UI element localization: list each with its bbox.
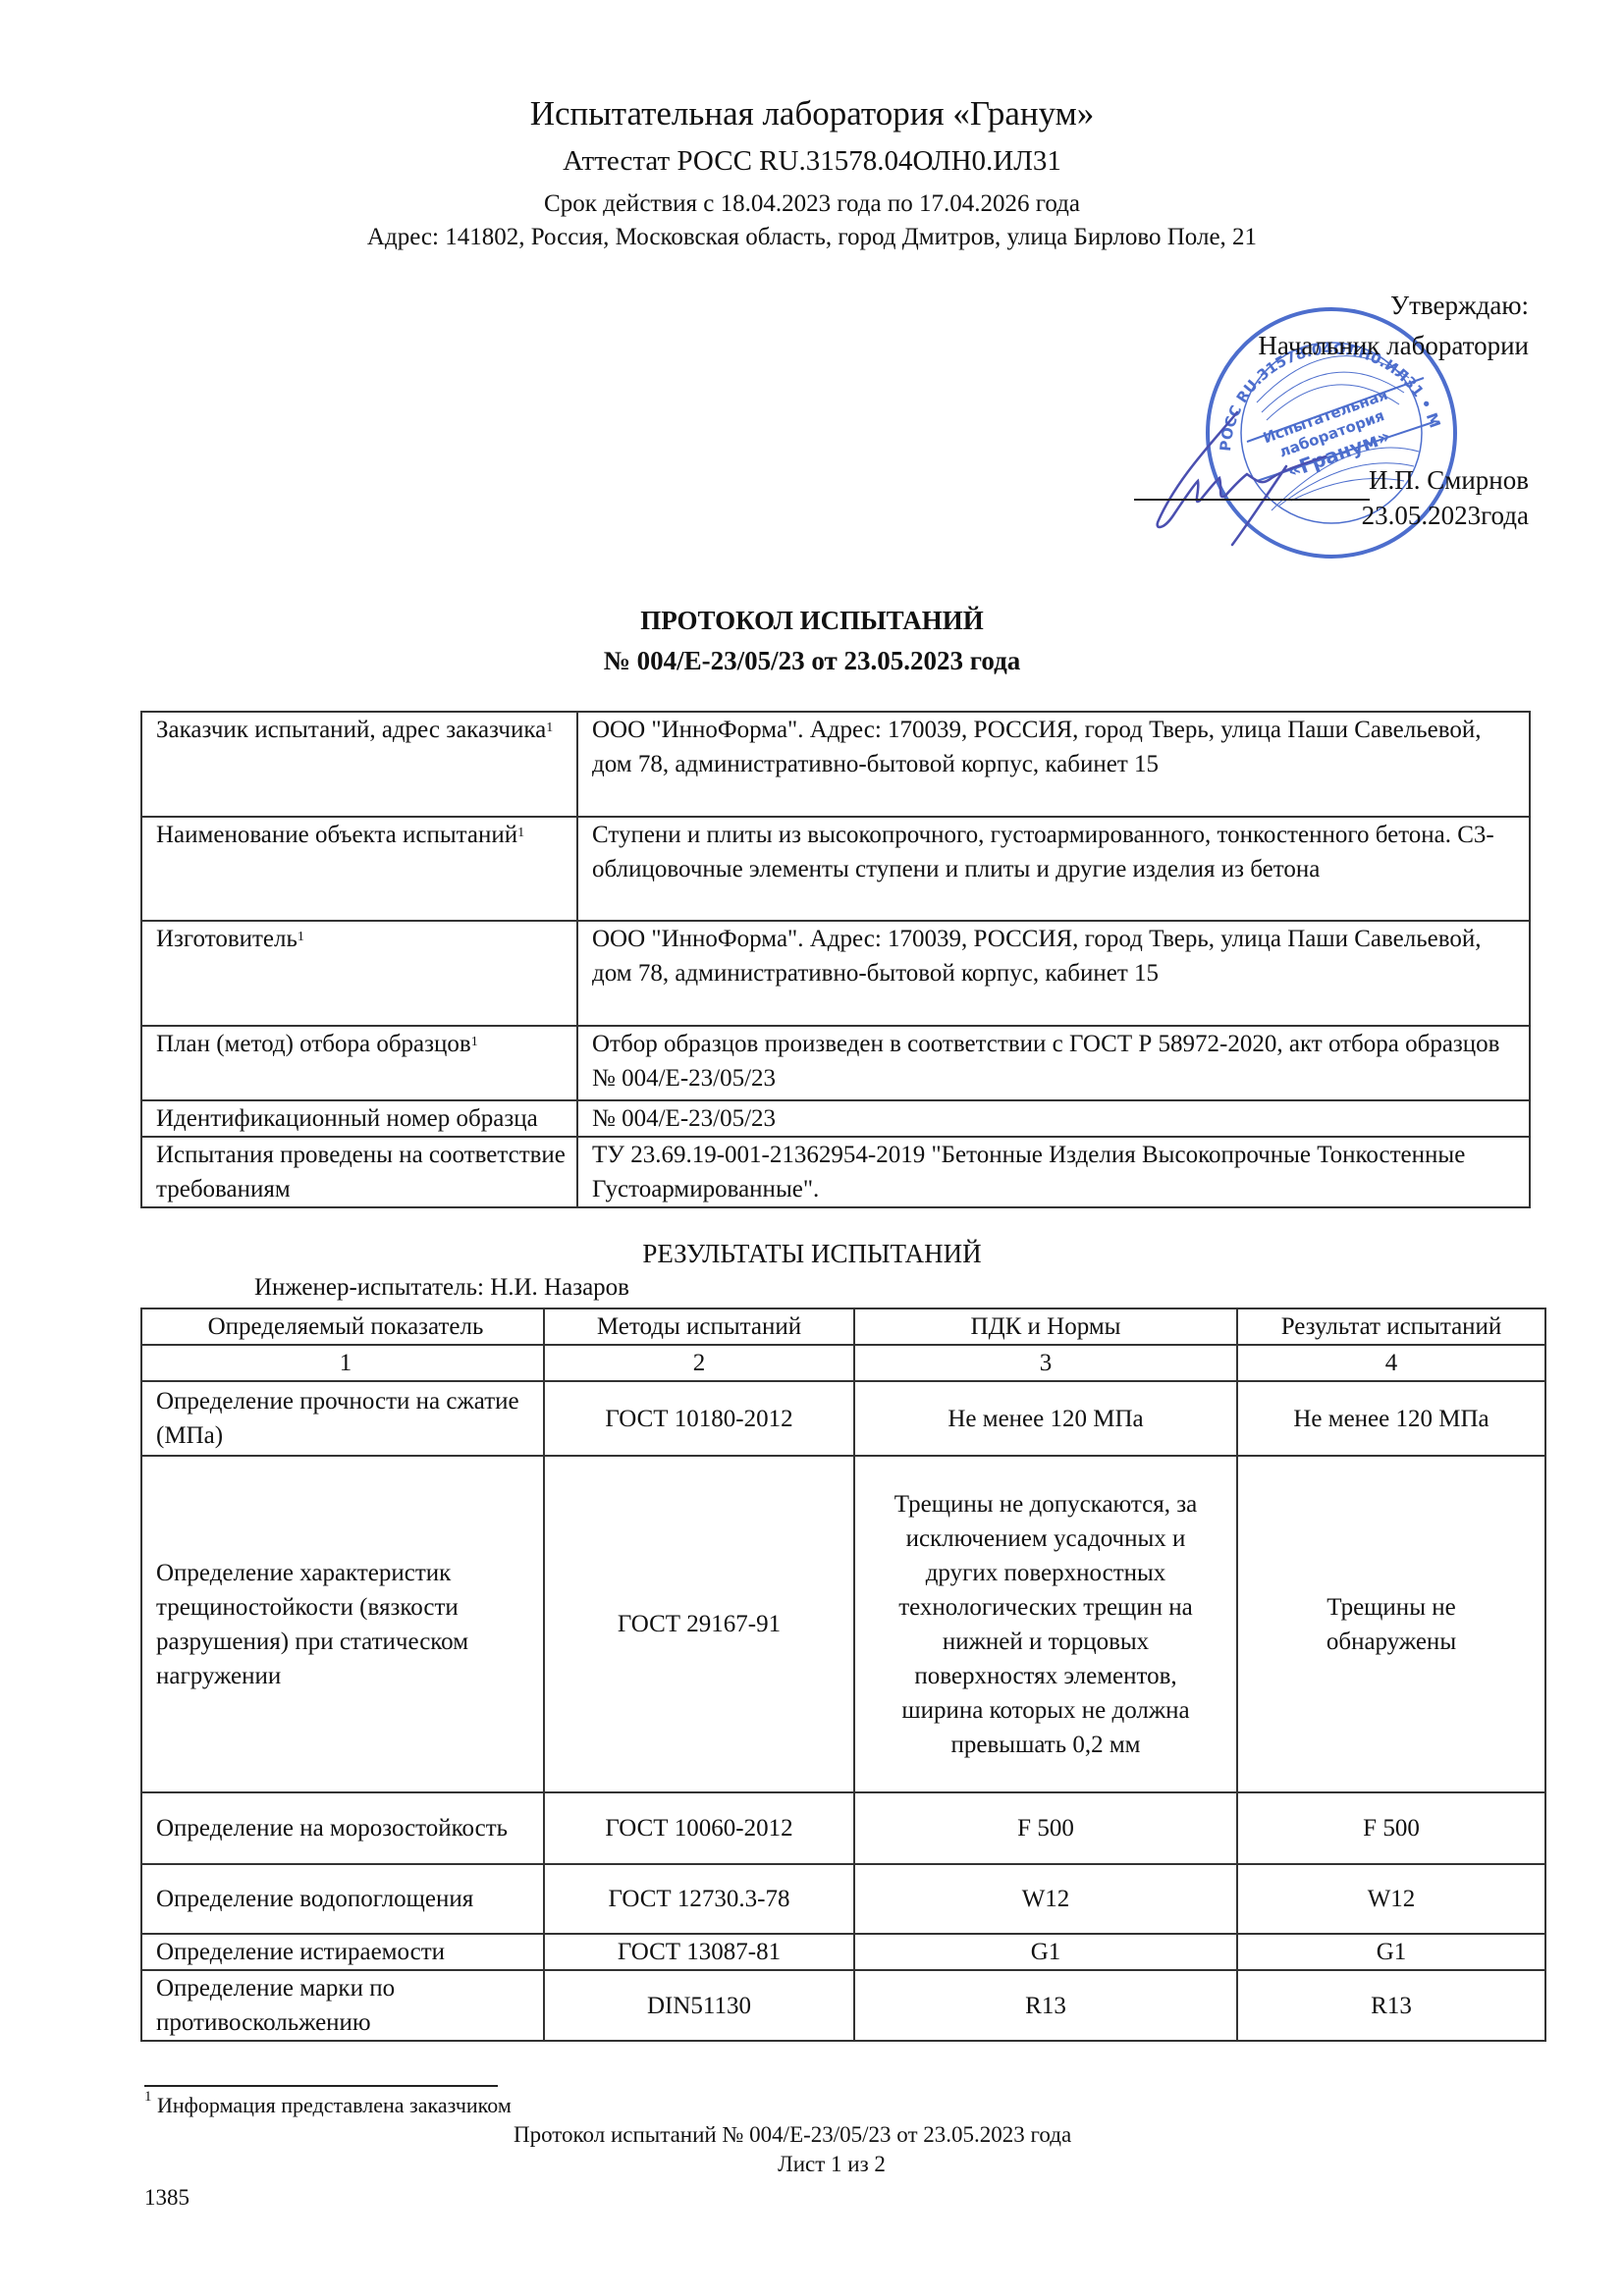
protocol-number: № 004/Е-23/05/23 от 23.05.2023 года bbox=[0, 646, 1624, 676]
column-header: Методы испытаний bbox=[544, 1308, 854, 1345]
method-cell: ГОСТ 13087-81 bbox=[544, 1934, 854, 1970]
footnote: 1 Информация представлена заказчиком bbox=[144, 2093, 512, 2118]
method-cell: ГОСТ 12730.3-78 bbox=[544, 1864, 854, 1934]
signature-icon bbox=[1139, 398, 1335, 555]
result-row: Определение водопоглощения ГОСТ 12730.3-… bbox=[141, 1864, 1545, 1934]
info-value: Отбор образцов произведен в соответствии… bbox=[577, 1026, 1530, 1100]
approval-date: 23.05.2023года bbox=[1362, 501, 1529, 531]
approve-label: Утверждаю: bbox=[1390, 291, 1529, 321]
column-header: Определяемый показатель bbox=[141, 1308, 544, 1345]
norm-cell: Не менее 120 МПа bbox=[854, 1381, 1237, 1456]
column-number: 3 bbox=[854, 1345, 1237, 1381]
info-row: Идентификационный номер образца № 004/Е-… bbox=[141, 1100, 1530, 1137]
info-value: Ступени и плиты из высокопрочного, густо… bbox=[577, 817, 1530, 921]
column-number: 4 bbox=[1237, 1345, 1545, 1381]
info-value: ТУ 23.69.19-001-21362954-2019 "Бетонные … bbox=[577, 1137, 1530, 1207]
signature-line bbox=[1134, 499, 1370, 501]
lab-name: Испытательная лаборатория «Гранум» bbox=[0, 94, 1624, 133]
column-header: ПДК и Нормы bbox=[854, 1308, 1237, 1345]
norm-cell: G1 bbox=[854, 1934, 1237, 1970]
indicator-cell: Определение истираемости bbox=[141, 1934, 544, 1970]
result-cell: Трещины не обнаружены bbox=[1237, 1456, 1545, 1792]
approver-name: И.П. Смирнов bbox=[1369, 465, 1529, 496]
footer-sheet-number: Лист 1 из 2 bbox=[0, 2152, 1624, 2177]
results-table: Определяемый показатель Методы испытаний… bbox=[140, 1308, 1546, 2042]
indicator-cell: Определение характеристик трещиностойкос… bbox=[141, 1456, 544, 1792]
info-label: План (метод) отбора образцов1 bbox=[141, 1026, 577, 1100]
info-row: Наименование объекта испытаний1 Ступени … bbox=[141, 817, 1530, 921]
protocol-info-table: Заказчик испытаний, адрес заказчика1 ООО… bbox=[140, 711, 1531, 1208]
indicator-cell: Определение на морозостойкость bbox=[141, 1792, 544, 1864]
result-cell: W12 bbox=[1237, 1864, 1545, 1934]
indicator-cell: Определение водопоглощения bbox=[141, 1864, 544, 1934]
indicator-cell: Определение прочности на сжатие (МПа) bbox=[141, 1381, 544, 1456]
info-value: ООО "ИнноФорма". Адрес: 170039, РОССИЯ, … bbox=[577, 921, 1530, 1026]
lab-address: Адрес: 141802, Россия, Московская област… bbox=[0, 224, 1624, 251]
norm-cell: Трещины не допускаются, за исключением у… bbox=[854, 1456, 1237, 1792]
info-row: Испытания проведены на соответствие треб… bbox=[141, 1137, 1530, 1207]
method-cell: ГОСТ 10060-2012 bbox=[544, 1792, 854, 1864]
method-cell: ГОСТ 10180-2012 bbox=[544, 1381, 854, 1456]
validity-period: Срок действия с 18.04.2023 года по 17.04… bbox=[0, 190, 1624, 218]
results-header-row: Определяемый показатель Методы испытаний… bbox=[141, 1308, 1545, 1345]
info-label: Изготовитель1 bbox=[141, 921, 577, 1026]
info-value: № 004/Е-23/05/23 bbox=[577, 1100, 1530, 1137]
attestat-number: Аттестат РОСС RU.31578.04ОЛН0.ИЛ31 bbox=[0, 145, 1624, 178]
result-cell: G1 bbox=[1237, 1934, 1545, 1970]
indicator-cell: Определение марки по противоскольжению bbox=[141, 1970, 544, 2041]
method-cell: DIN51130 bbox=[544, 1970, 854, 2041]
info-label: Идентификационный номер образца bbox=[141, 1100, 577, 1137]
norm-cell: R13 bbox=[854, 1970, 1237, 2041]
footer-protocol-ref: Протокол испытаний № 004/Е-23/05/23 от 2… bbox=[514, 2122, 1071, 2148]
footnote-divider bbox=[144, 2085, 498, 2087]
result-row: Определение на морозостойкость ГОСТ 1006… bbox=[141, 1792, 1545, 1864]
result-row: Определение марки по противоскольжению D… bbox=[141, 1970, 1545, 2041]
info-label: Заказчик испытаний, адрес заказчика1 bbox=[141, 712, 577, 817]
result-cell: Не менее 120 МПа bbox=[1237, 1381, 1545, 1456]
info-label: Наименование объекта испытаний1 bbox=[141, 817, 577, 921]
info-row: Изготовитель1 ООО "ИнноФорма". Адрес: 17… bbox=[141, 921, 1530, 1026]
result-row: Определение характеристик трещиностойкос… bbox=[141, 1456, 1545, 1792]
method-cell: ГОСТ 29167-91 bbox=[544, 1456, 854, 1792]
engineer-name: Инженер-испытатель: Н.И. Назаров bbox=[254, 1274, 629, 1302]
result-cell: F 500 bbox=[1237, 1792, 1545, 1864]
info-row: Заказчик испытаний, адрес заказчика1 ООО… bbox=[141, 712, 1530, 817]
approver-position: Начальник лаборатории bbox=[1258, 331, 1529, 361]
column-number-row: 1 2 3 4 bbox=[141, 1345, 1545, 1381]
norm-cell: W12 bbox=[854, 1864, 1237, 1934]
column-number: 1 bbox=[141, 1345, 544, 1381]
info-row: План (метод) отбора образцов1 Отбор обра… bbox=[141, 1026, 1530, 1100]
result-row: Определение прочности на сжатие (МПа) ГО… bbox=[141, 1381, 1545, 1456]
norm-cell: F 500 bbox=[854, 1792, 1237, 1864]
column-header: Результат испытаний bbox=[1237, 1308, 1545, 1345]
results-title: РЕЗУЛЬТАТЫ ИСПЫТАНИЙ bbox=[0, 1239, 1624, 1269]
result-cell: R13 bbox=[1237, 1970, 1545, 2041]
info-value: ООО "ИнноФорма". Адрес: 170039, РОССИЯ, … bbox=[577, 712, 1530, 817]
page-code: 1385 bbox=[144, 2185, 189, 2211]
column-number: 2 bbox=[544, 1345, 854, 1381]
result-row: Определение истираемости ГОСТ 13087-81 G… bbox=[141, 1934, 1545, 1970]
protocol-title: ПРОТОКОЛ ИСПЫТАНИЙ bbox=[0, 606, 1624, 636]
info-label: Испытания проведены на соответствие треб… bbox=[141, 1137, 577, 1207]
